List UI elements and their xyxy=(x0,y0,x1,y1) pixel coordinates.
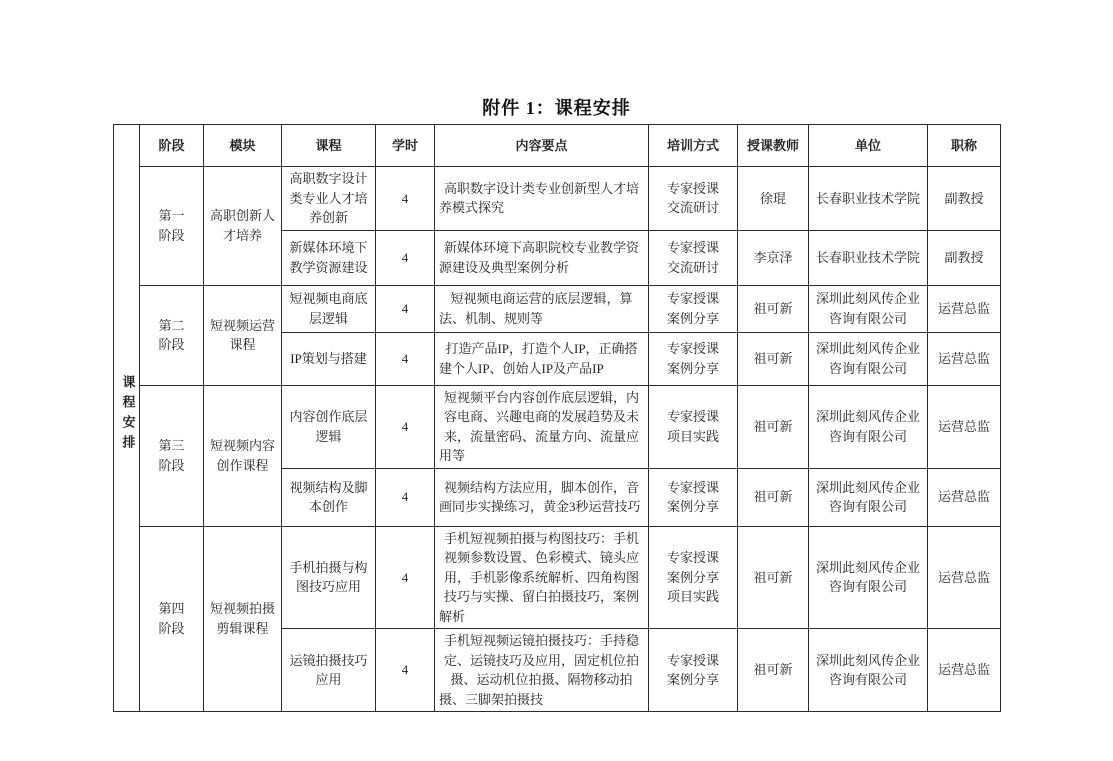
course-cell: 新媒体环境下教学资源建设 xyxy=(282,230,376,285)
unit-cell: 深圳此刻风传企业咨询有限公司 xyxy=(809,468,928,526)
hours-cell: 4 xyxy=(376,526,435,629)
teacher-cell: 祖可新 xyxy=(738,332,809,385)
title-cell: 副教授 xyxy=(928,167,1001,231)
hours-cell: 4 xyxy=(376,167,435,231)
side-label: 课程安排 xyxy=(118,375,138,455)
content-cell: 高职数字设计类专业创新型人才培养模式探究 xyxy=(435,167,649,231)
method-cell: 专家授课 案例分享 xyxy=(649,468,738,526)
header-method: 培训方式 xyxy=(649,125,738,167)
course-cell: 短视频电商底层逻辑 xyxy=(282,285,376,332)
title-cell: 运营总监 xyxy=(928,526,1001,629)
stage-cell: 第二 阶段 xyxy=(140,285,204,385)
table-row: 第三 阶段 短视频内容创作课程 内容创作底层逻辑 4 短视频平台内容创作底层逻辑… xyxy=(114,385,1001,468)
course-cell: IP策划与搭建 xyxy=(282,332,376,385)
teacher-cell: 徐琨 xyxy=(738,167,809,231)
course-cell: 高职数字设计类专业人才培养创新 xyxy=(282,167,376,231)
unit-cell: 长春职业技术学院 xyxy=(809,167,928,231)
method-cell: 专家授课 案例分享 项目实践 xyxy=(649,526,738,629)
title-cell: 运营总监 xyxy=(928,385,1001,468)
method-cell: 专家授课 案例分享 xyxy=(649,629,738,712)
method-cell: 专家授课 案例分享 xyxy=(649,285,738,332)
header-module: 模块 xyxy=(204,125,282,167)
hours-cell: 4 xyxy=(376,285,435,332)
method-cell: 专家授课 交流研讨 xyxy=(649,230,738,285)
unit-cell: 深圳此刻风传企业咨询有限公司 xyxy=(809,629,928,712)
header-teacher: 授课教师 xyxy=(738,125,809,167)
hours-cell: 4 xyxy=(376,230,435,285)
table-row: 第四 阶段 短视频拍摄剪辑课程 手机拍摄与构图技巧应用 4 手机短视频拍摄与构图… xyxy=(114,526,1001,629)
header-content: 内容要点 xyxy=(435,125,649,167)
content-cell: 新媒体环境下高职院校专业教学资源建设及典型案例分析 xyxy=(435,230,649,285)
teacher-cell: 祖可新 xyxy=(738,385,809,468)
header-unit: 单位 xyxy=(809,125,928,167)
hours-cell: 4 xyxy=(376,332,435,385)
unit-cell: 深圳此刻风传企业咨询有限公司 xyxy=(809,285,928,332)
teacher-cell: 祖可新 xyxy=(738,285,809,332)
table-row: 第一 阶段 高职创新人才培养 高职数字设计类专业人才培养创新 4 高职数字设计类… xyxy=(114,167,1001,231)
content-cell: 手机短视频拍摄与构图技巧：手机视频参数设置、色彩模式、镜头应用，手机影像系统解析… xyxy=(435,526,649,629)
content-cell: 短视频电商运营的底层逻辑，算法、机制、规则等 xyxy=(435,285,649,332)
page-title: 附件 1：课程安排 xyxy=(0,94,1113,120)
title-cell: 运营总监 xyxy=(928,468,1001,526)
content-cell: 视频结构方法应用，脚本创作，音画同步实操练习，黄金3秒运营技巧 xyxy=(435,468,649,526)
stage-cell: 第三 阶段 xyxy=(140,385,204,526)
stage-cell: 第四 阶段 xyxy=(140,526,204,712)
method-cell: 专家授课 交流研讨 xyxy=(649,167,738,231)
hours-cell: 4 xyxy=(376,629,435,712)
method-cell: 专家授课 项目实践 xyxy=(649,385,738,468)
content-cell: 手机短视频运镜拍摄技巧：手持稳定、运镜技巧及应用，固定机位拍摄、运动机位拍摄、隔… xyxy=(435,629,649,712)
method-cell: 专家授课 案例分享 xyxy=(649,332,738,385)
title-cell: 运营总监 xyxy=(928,332,1001,385)
header-course: 课程 xyxy=(282,125,376,167)
course-cell: 视频结构及脚本创作 xyxy=(282,468,376,526)
content-cell: 短视频平台内容创作底层逻辑，内容电商、兴趣电商的发展趋势及未来，流量密码、流量方… xyxy=(435,385,649,468)
teacher-cell: 祖可新 xyxy=(738,468,809,526)
title-cell: 副教授 xyxy=(928,230,1001,285)
title-cell: 运营总监 xyxy=(928,285,1001,332)
teacher-cell: 祖可新 xyxy=(738,629,809,712)
header-stage: 阶段 xyxy=(140,125,204,167)
module-cell: 短视频内容创作课程 xyxy=(204,385,282,526)
course-cell: 运镜拍摄技巧应用 xyxy=(282,629,376,712)
module-cell: 短视频拍摄剪辑课程 xyxy=(204,526,282,712)
teacher-cell: 祖可新 xyxy=(738,526,809,629)
unit-cell: 长春职业技术学院 xyxy=(809,230,928,285)
stage-cell: 第一 阶段 xyxy=(140,167,204,286)
table-row: 第二 阶段 短视频运营课程 短视频电商底层逻辑 4 短视频电商运营的底层逻辑，算… xyxy=(114,285,1001,332)
header-title: 职称 xyxy=(928,125,1001,167)
course-cell: 内容创作底层逻辑 xyxy=(282,385,376,468)
module-cell: 高职创新人才培养 xyxy=(204,167,282,286)
title-cell: 运营总监 xyxy=(928,629,1001,712)
unit-cell: 深圳此刻风传企业咨询有限公司 xyxy=(809,385,928,468)
module-cell: 短视频运营课程 xyxy=(204,285,282,385)
header-hours: 学时 xyxy=(376,125,435,167)
side-label-cell: 课程安排 xyxy=(114,125,140,712)
unit-cell: 深圳此刻风传企业咨询有限公司 xyxy=(809,332,928,385)
table-header-row: 课程安排 阶段 模块 课程 学时 内容要点 培训方式 授课教师 单位 职称 xyxy=(114,125,1001,167)
unit-cell: 深圳此刻风传企业咨询有限公司 xyxy=(809,526,928,629)
hours-cell: 4 xyxy=(376,385,435,468)
hours-cell: 4 xyxy=(376,468,435,526)
course-schedule-table: 课程安排 阶段 模块 课程 学时 内容要点 培训方式 授课教师 单位 职称 第一… xyxy=(113,124,1001,712)
teacher-cell: 李京泽 xyxy=(738,230,809,285)
content-cell: 打造产品IP，打造个人IP，正确搭建个人IP、创始人IP及产品IP xyxy=(435,332,649,385)
course-cell: 手机拍摄与构图技巧应用 xyxy=(282,526,376,629)
